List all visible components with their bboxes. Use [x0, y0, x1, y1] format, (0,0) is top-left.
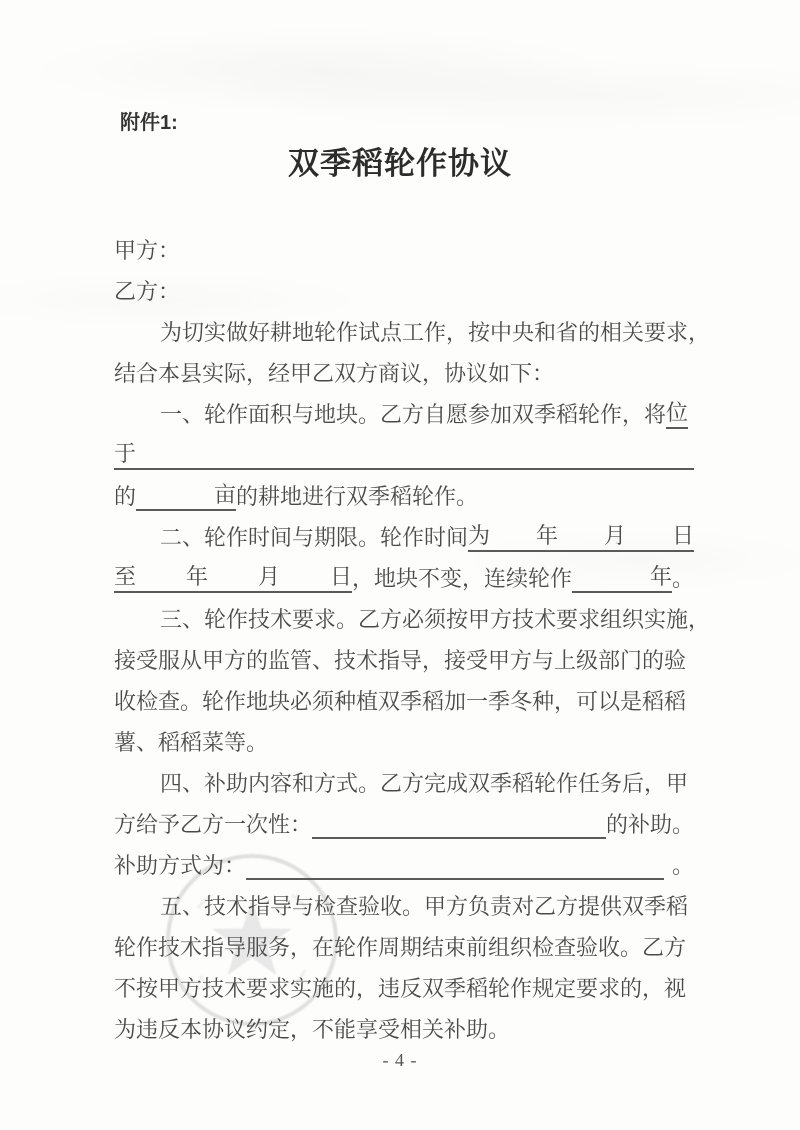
fill-in-blank-start-date: 为 年 月 日	[468, 519, 694, 552]
blank-underline	[136, 508, 206, 509]
clause-3-line-1: 三、轮作技术要求。乙方必须按甲方技术要求组织实施，	[114, 593, 694, 634]
scanned-document-page: 附件1: 双季稻轮作协议 甲方： 乙方： 为切实做好耕地轮作试点工作，按中央和省…	[0, 0, 800, 1130]
clause-4-line-1: 四、补助内容和方式。乙方完成双季稻轮作任务后，甲	[114, 757, 694, 798]
clause-4-line-2: 方给予乙方一次性： 的补助。	[114, 798, 694, 839]
clause-3-line-3: 收检查。轮作地块必须种植双季稻加一季冬种，可以是稻稻	[114, 675, 694, 716]
clause-3-line-4: 薯、稻稻菜等。	[114, 716, 694, 757]
clause-2-line-2: 至 年 月 日 ，地块不变，连续轮作 年 。	[114, 552, 694, 593]
blank-underline-method	[246, 877, 664, 880]
clause-5-line-1: 五、技术指导与检查验收。甲方负责对乙方提供双季稻	[114, 880, 694, 921]
party-b-line: 乙方：	[114, 265, 694, 306]
fill-in-blank-location: 于	[114, 437, 694, 470]
blank-underline-subsidy	[312, 836, 606, 839]
clause-1-line-1: 一、轮作面积与地块。乙方自愿参加双季稻轮作，将位	[114, 388, 694, 429]
document-body: 甲方： 乙方： 为切实做好耕地轮作试点工作，按中央和省的相关要求， 结合本县实际…	[114, 224, 694, 1044]
fill-in-blank-years: 年	[572, 560, 672, 593]
party-a-line: 甲方：	[114, 224, 694, 265]
clause-5-line-2: 轮作技术指导服务，在轮作周期结束前组织检查验收。乙方	[114, 921, 694, 962]
clause-1-line-2: 于	[114, 429, 694, 470]
underlined-char: 位	[666, 396, 688, 429]
intro-line-1: 为切实做好耕地轮作试点工作，按中央和省的相关要求，	[114, 306, 694, 347]
clause-2-line-1: 二、轮作时间与期限。轮作时间 为 年 月 日	[114, 511, 694, 552]
clause-5-line-4: 为违反本协议约定，不能享受相关补助。	[114, 1003, 694, 1044]
fill-in-blank-area: 亩	[136, 478, 236, 511]
attachment-label: 附件1:	[120, 106, 178, 135]
party-b-label: 乙方：	[114, 275, 180, 306]
clause-3-line-2: 接受服从甲方的监管、技术指导，接受甲方与上级部门的验	[114, 634, 694, 675]
blank-underline	[136, 467, 694, 468]
blank-underline	[572, 590, 650, 591]
party-a-label: 甲方：	[114, 234, 180, 265]
clause-5-line-3: 不按甲方技术要求实施的，违反双季稻轮作规定要求的，视	[114, 962, 694, 1003]
clause-4-line-3: 补助方式为： 。	[114, 839, 694, 880]
page-number: - 4 -	[0, 1050, 800, 1071]
intro-line-2: 结合本县实际，经甲乙双方商议，协议如下：	[114, 347, 694, 388]
document-title: 双季稻轮作协议	[0, 138, 800, 183]
fill-in-blank-end-date: 至 年 月 日	[114, 560, 352, 593]
clause-1-line-3: 的 亩 的耕地进行双季稻轮作。	[114, 470, 694, 511]
